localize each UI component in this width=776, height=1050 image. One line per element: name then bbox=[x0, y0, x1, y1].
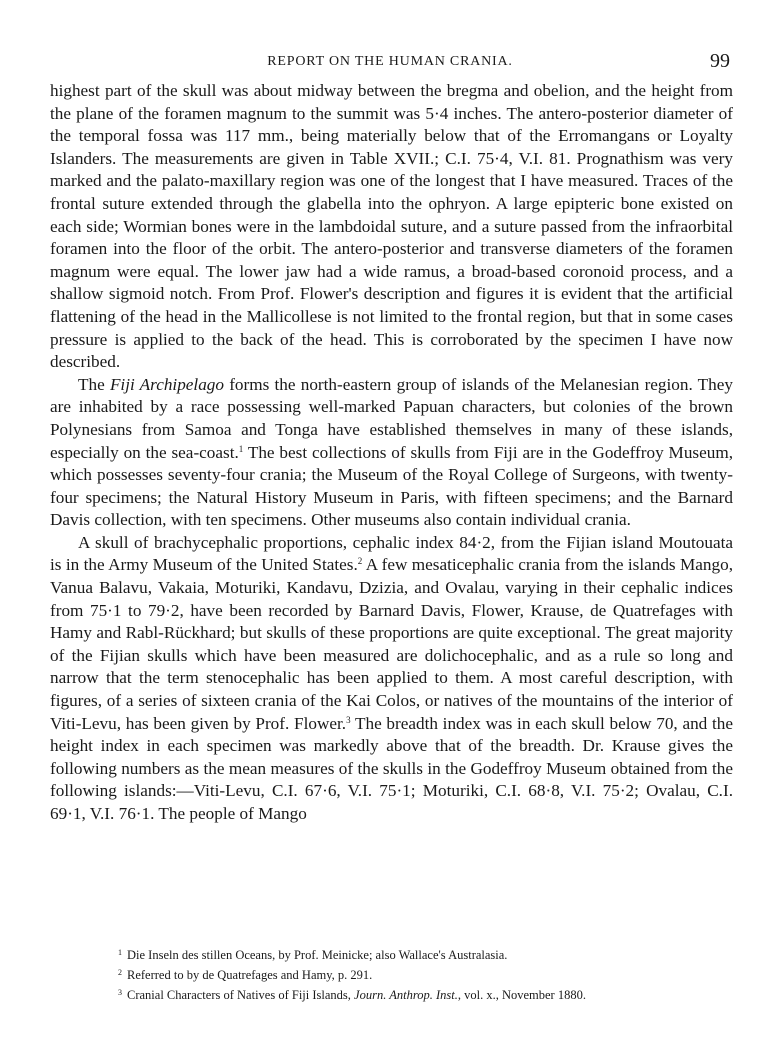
footnote-mark: 1 bbox=[118, 948, 122, 957]
footnote: 2Referred to by de Quatrefages and Hamy,… bbox=[118, 964, 718, 984]
paragraph-text: highest part of the skull was about midw… bbox=[50, 81, 733, 371]
body-text: highest part of the skull was about midw… bbox=[50, 80, 733, 826]
footnote-text: , vol. x., November 1880. bbox=[458, 988, 586, 1002]
footnotes: 1Die Inseln des stillen Oceans, by Prof.… bbox=[118, 944, 718, 1004]
footnote-mark: 2 bbox=[118, 968, 122, 977]
paragraph: A skull of brachycephalic proportions, c… bbox=[50, 532, 733, 826]
italic-term: Fiji Archipelago bbox=[110, 375, 224, 394]
footnote-text: Die Inseln des stillen Oceans, by Prof. … bbox=[127, 948, 507, 962]
running-title: REPORT ON THE HUMAN CRANIA. bbox=[50, 54, 730, 70]
footnote: 3Cranial Characters of Natives of Fiji I… bbox=[118, 984, 718, 1004]
journal-title: Journ. Anthrop. Inst. bbox=[354, 988, 458, 1002]
footnote: 1Die Inseln des stillen Oceans, by Prof.… bbox=[118, 944, 718, 964]
page-header: REPORT ON THE HUMAN CRANIA. 99 bbox=[50, 50, 730, 74]
paragraph: The Fiji Archipelago forms the north-eas… bbox=[50, 374, 733, 532]
footnote-text: Referred to by de Quatrefages and Hamy, … bbox=[127, 968, 372, 982]
footnote-mark: 3 bbox=[118, 988, 122, 997]
paragraph: highest part of the skull was about midw… bbox=[50, 80, 733, 374]
footnote-text: Cranial Characters of Natives of Fiji Is… bbox=[127, 988, 354, 1002]
paragraph-text: A few mesaticephalic crania from the isl… bbox=[50, 555, 733, 732]
page-number: 99 bbox=[710, 50, 730, 73]
paragraph-text: The bbox=[78, 375, 110, 394]
